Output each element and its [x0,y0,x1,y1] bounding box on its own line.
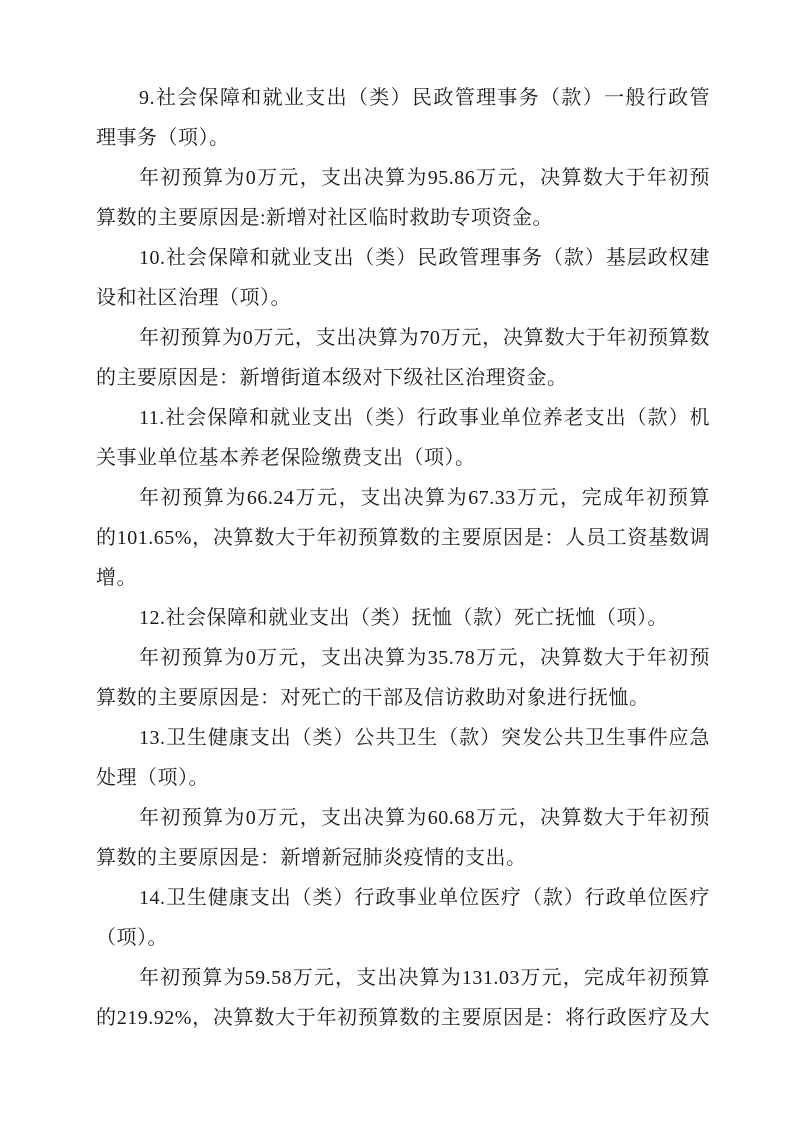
text-line: 11.社会保障和就业支出（类）行政事业单位养老支出（款）机 [96,398,710,438]
text-line: 9.社会保障和就业支出（类）民政管理事务（款）一般行政管 [96,78,710,118]
text-line: 的101.65%，决算数大于年初预算数的主要原因是：人员工资基数调 [96,518,710,558]
text-line: 10.社会保障和就业支出（类）民政管理事务（款）基层政权建 [96,238,710,278]
document-page: 9.社会保障和就业支出（类）民政管理事务（款）一般行政管 理事务（项）。 年初预… [0,0,793,1122]
text-line: 的主要原因是：新增街道本级对下级社区治理资金。 [96,358,710,398]
text-line: 算数的主要原因是：新增新冠肺炎疫情的支出。 [96,838,710,878]
item-13-heading: 13.卫生健康支出（类）公共卫生（款）突发公共卫生事件应急 处理（项）。 [96,718,710,798]
text-line: 12.社会保障和就业支出（类）抚恤（款）死亡抚恤（项）。 [96,598,710,638]
text-line: 设和社区治理（项）。 [96,278,710,318]
text-line: 年初预算为59.58万元，支出决算为131.03万元，完成年初预算 [96,958,710,998]
text-line: 13.卫生健康支出（类）公共卫生（款）突发公共卫生事件应急 [96,718,710,758]
item-10-heading: 10.社会保障和就业支出（类）民政管理事务（款）基层政权建 设和社区治理（项）。 [96,238,710,318]
text-line: （项）。 [96,918,710,958]
text-line: 年初预算为0万元，支出决算为95.86万元，决算数大于年初预 [96,158,710,198]
text-line: 年初预算为0万元，支出决算为60.68万元，决算数大于年初预 [96,798,710,838]
text-line: 14.卫生健康支出（类）行政事业单位医疗（款）行政单位医疗 [96,878,710,918]
document-text-block: 9.社会保障和就业支出（类）民政管理事务（款）一般行政管 理事务（项）。 年初预… [96,78,710,1038]
item-10-detail: 年初预算为0万元，支出决算为70万元，决算数大于年初预算数 的主要原因是：新增街… [96,318,710,398]
item-14-heading: 14.卫生健康支出（类）行政事业单位医疗（款）行政单位医疗 （项）。 [96,878,710,958]
item-12-heading: 12.社会保障和就业支出（类）抚恤（款）死亡抚恤（项）。 [96,598,710,638]
item-11-heading: 11.社会保障和就业支出（类）行政事业单位养老支出（款）机 关事业单位基本养老保… [96,398,710,478]
item-12-detail: 年初预算为0万元，支出决算为35.78万元，决算数大于年初预 算数的主要原因是：… [96,638,710,718]
text-line: 关事业单位基本养老保险缴费支出（项）。 [96,438,710,478]
text-line: 理事务（项）。 [96,118,710,158]
text-line: 年初预算为66.24万元，支出决算为67.33万元，完成年初预算 [96,478,710,518]
item-11-detail: 年初预算为66.24万元，支出决算为67.33万元，完成年初预算 的101.65… [96,478,710,598]
item-9-heading: 9.社会保障和就业支出（类）民政管理事务（款）一般行政管 理事务（项）。 [96,78,710,158]
text-line: 增。 [96,558,710,598]
text-line: 年初预算为0万元，支出决算为35.78万元，决算数大于年初预 [96,638,710,678]
text-line: 年初预算为0万元，支出决算为70万元，决算数大于年初预算数 [96,318,710,358]
item-13-detail: 年初预算为0万元，支出决算为60.68万元，决算数大于年初预 算数的主要原因是：… [96,798,710,878]
text-line: 的219.92%，决算数大于年初预算数的主要原因是：将行政医疗及大 [96,998,710,1038]
item-9-detail: 年初预算为0万元，支出决算为95.86万元，决算数大于年初预 算数的主要原因是:… [96,158,710,238]
text-line: 算数的主要原因是：对死亡的干部及信访救助对象进行抚恤。 [96,678,710,718]
text-line: 处理（项）。 [96,758,710,798]
item-14-detail: 年初预算为59.58万元，支出决算为131.03万元，完成年初预算 的219.9… [96,958,710,1038]
text-line: 算数的主要原因是:新增对社区临时救助专项资金。 [96,198,710,238]
